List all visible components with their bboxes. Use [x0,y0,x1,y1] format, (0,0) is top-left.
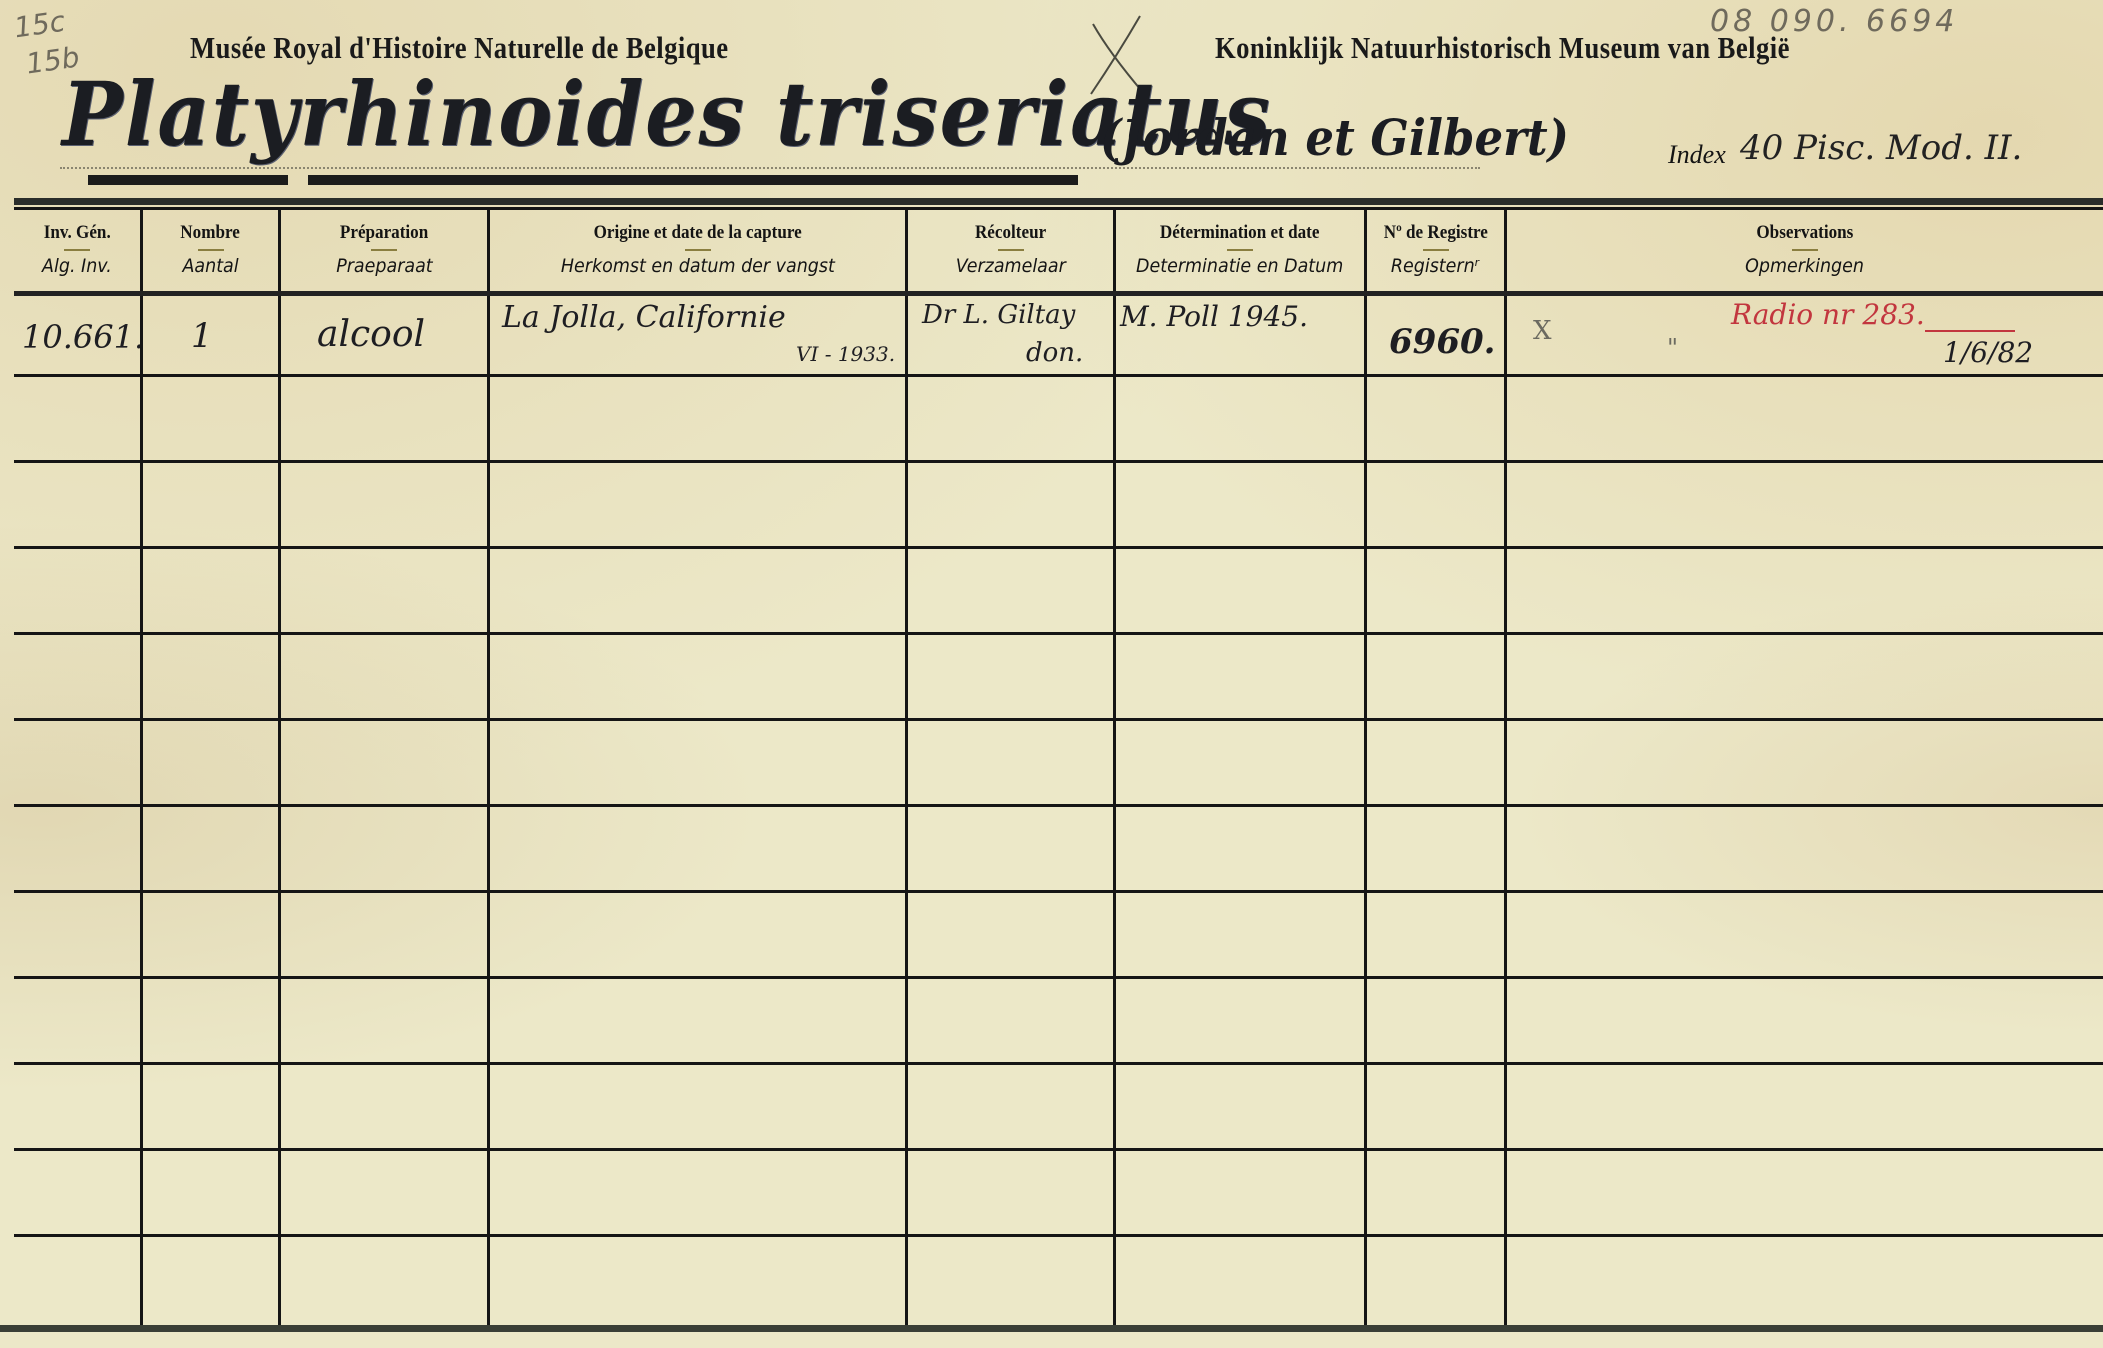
cell [278,549,487,632]
table-row [14,635,2103,721]
cell-inv-gen: 10.661. [14,296,140,374]
header-divider [998,249,1024,251]
cell [1504,979,2103,1062]
cell [487,377,905,460]
nombre-value: 1 [191,316,213,356]
cell [140,1065,278,1148]
cell [1504,635,2103,718]
table-row [14,721,2103,807]
cell [278,893,487,976]
cell [905,635,1113,718]
observations-ditto: " [1667,334,1678,362]
cell [905,549,1113,632]
cell [14,463,140,546]
cell [278,1151,487,1234]
cell [278,721,487,804]
header-fr: Inv. Gén. [43,222,110,244]
cell [1364,635,1504,718]
index-value: 40 Pisc. Mod. II. [1740,128,2022,168]
cell [1504,377,2103,460]
cell [487,721,905,804]
genus-underline [88,175,288,185]
header-fr: Récolteur [975,222,1046,244]
cell [140,893,278,976]
cell-registre: 6960. [1364,296,1504,374]
cell [14,377,140,460]
cell [1364,807,1504,890]
cell [1113,807,1364,890]
observations-date: 1/6/82 [1943,336,2033,369]
cell [140,721,278,804]
header-divider [371,249,397,251]
column-header-origine: Origine et date de la capture Herkomst e… [487,208,905,291]
cell [140,979,278,1062]
cell [1113,721,1364,804]
header-divider [64,249,90,251]
cell [487,893,905,976]
cell [14,1237,140,1327]
header-divider [1792,249,1818,251]
observations-cross-mark: X [1533,316,1552,346]
cell [1113,979,1364,1062]
cell [1113,549,1364,632]
cell [1364,1237,1504,1327]
cell [1113,635,1364,718]
cell [14,979,140,1062]
cell [487,807,905,890]
cell [487,549,905,632]
cell [14,807,140,890]
cell [487,1237,905,1327]
cell-origine: La Jolla, Californie VI - 1933. [487,296,905,374]
cell-preparation: alcool [278,296,487,374]
recolteur-note: don. [1026,338,1083,368]
radio-underline [1925,330,2015,332]
column-header-recolteur: Récolteur Verzamelaar [905,208,1113,291]
table-header: Inv. Gén. Alg. Inv. Nombre Aantal Prépar… [14,208,2103,291]
institution-name-nl: Koninklijk Natuurhistorisch Museum van B… [1215,30,1790,66]
date-capture-value: VI - 1933. [796,342,895,366]
cell [278,377,487,460]
cell-recolteur: Dr L. Giltay don. [905,296,1113,374]
cell [1113,377,1364,460]
column-header-nombre: Nombre Aantal [140,208,278,291]
header-fr: Détermination et date [1160,222,1320,244]
cell [905,721,1113,804]
cell [278,1065,487,1148]
table-row [14,463,2103,549]
species-name: Platyrhinoides triseriatus [62,62,1272,166]
cell [1364,721,1504,804]
cell [140,635,278,718]
cell [278,979,487,1062]
column-header-observations: Observations Opmerkingen [1504,208,2103,291]
species-underline [308,175,1078,185]
column-header-inv-gen: Inv. Gén. Alg. Inv. [14,208,140,291]
margin-mark-1: 15c [12,5,67,45]
cell-determination: M. Poll 1945. [1113,296,1364,374]
cell [1504,1237,2103,1327]
cell [905,893,1113,976]
table-bottom-rule [0,1325,2103,1332]
cell [140,377,278,460]
cell [278,1237,487,1327]
cell [1113,1151,1364,1234]
cell [1504,1151,2103,1234]
table-row [14,893,2103,979]
header-fr: Origine et date de la capture [593,222,801,244]
recolteur-value: Dr L. Giltay [922,300,1075,330]
cell [1504,549,2103,632]
cell [905,1151,1113,1234]
cell [1364,549,1504,632]
cell [140,807,278,890]
cell [905,377,1113,460]
registre-value: 6960. [1389,322,1495,362]
cell [140,549,278,632]
index-label: Index [1668,140,1726,170]
header-nl: Alg. Inv. [42,255,112,277]
cell [905,1237,1113,1327]
header-nl: Determinatie en Datum [1136,255,1343,277]
cell [14,1151,140,1234]
cell-nombre: 1 [140,296,278,374]
table-row [14,807,2103,893]
cell [1504,463,2103,546]
cell [1364,979,1504,1062]
header-divider [1227,249,1253,251]
header-nl: Verzamelaar [955,255,1065,277]
cell [1364,893,1504,976]
cell [1504,807,2103,890]
header-nl: Registernʳ [1391,255,1479,277]
cell [1364,1151,1504,1234]
title-baseline [60,167,1480,169]
table-row [14,1151,2103,1237]
cell-observations: X " Radio nr 283. 1/6/82 [1504,296,2103,374]
cell [905,807,1113,890]
cell [14,721,140,804]
origine-value: La Jolla, Californie [502,300,786,335]
cell [487,1151,905,1234]
header-divider [685,249,711,251]
cell [278,635,487,718]
cell [140,1237,278,1327]
header-nl: Aantal [182,255,238,277]
header-nl: Opmerkingen [1746,255,1865,277]
cell [14,1065,140,1148]
cell [1364,1065,1504,1148]
header-fr: Nº de Registre [1383,222,1487,244]
header-divider [198,249,224,251]
table-row [14,1065,2103,1151]
column-header-determination: Détermination et date Determinatie en Da… [1113,208,1364,291]
cell [1504,721,2103,804]
determination-value: M. Poll 1945. [1120,300,1308,333]
cell [905,979,1113,1062]
cell [14,549,140,632]
table-row [14,979,2103,1065]
species-author: (Jordan et Gilbert) [1100,108,1569,167]
catalog-mark: 08 090. 6694 [1710,4,1958,39]
cell [1504,1065,2103,1148]
table-row: 10.661. 1 alcool La Jolla, Californie VI… [14,296,2103,377]
table-body: 10.661. 1 alcool La Jolla, Californie VI… [14,296,2103,1327]
preparation-value: alcool [317,314,425,355]
cell [1364,377,1504,460]
header-fr: Observations [1757,222,1854,244]
cell [140,1151,278,1234]
cell [278,463,487,546]
inv-gen-value: 10.661. [22,318,144,356]
table-row [14,549,2103,635]
cell [278,807,487,890]
cell [487,979,905,1062]
cell [140,463,278,546]
observations-radio-note: Radio nr 283. [1731,298,1925,331]
table-top-rule [14,198,2103,205]
institution-name-fr: Musée Royal d'Histoire Naturelle de Belg… [190,30,729,66]
header-divider [1423,249,1449,251]
cell [905,1065,1113,1148]
cell [487,635,905,718]
cell [1113,893,1364,976]
header-fr: Nombre [181,222,241,244]
table-row [14,377,2103,463]
cell [1113,1065,1364,1148]
cell [1504,893,2103,976]
cell [1113,463,1364,546]
header-nl: Praeparaat [336,255,432,277]
column-header-registre: Nº de Registre Registernʳ [1364,208,1504,291]
cell [1113,1237,1364,1327]
table-row [14,1237,2103,1327]
cell [14,893,140,976]
cell [487,463,905,546]
cell [14,635,140,718]
cell [487,1065,905,1148]
header-fr: Préparation [340,222,428,244]
header-nl: Herkomst en datum der vangst [561,255,835,277]
column-header-preparation: Préparation Praeparaat [278,208,487,291]
cell [905,463,1113,546]
cell [1364,463,1504,546]
